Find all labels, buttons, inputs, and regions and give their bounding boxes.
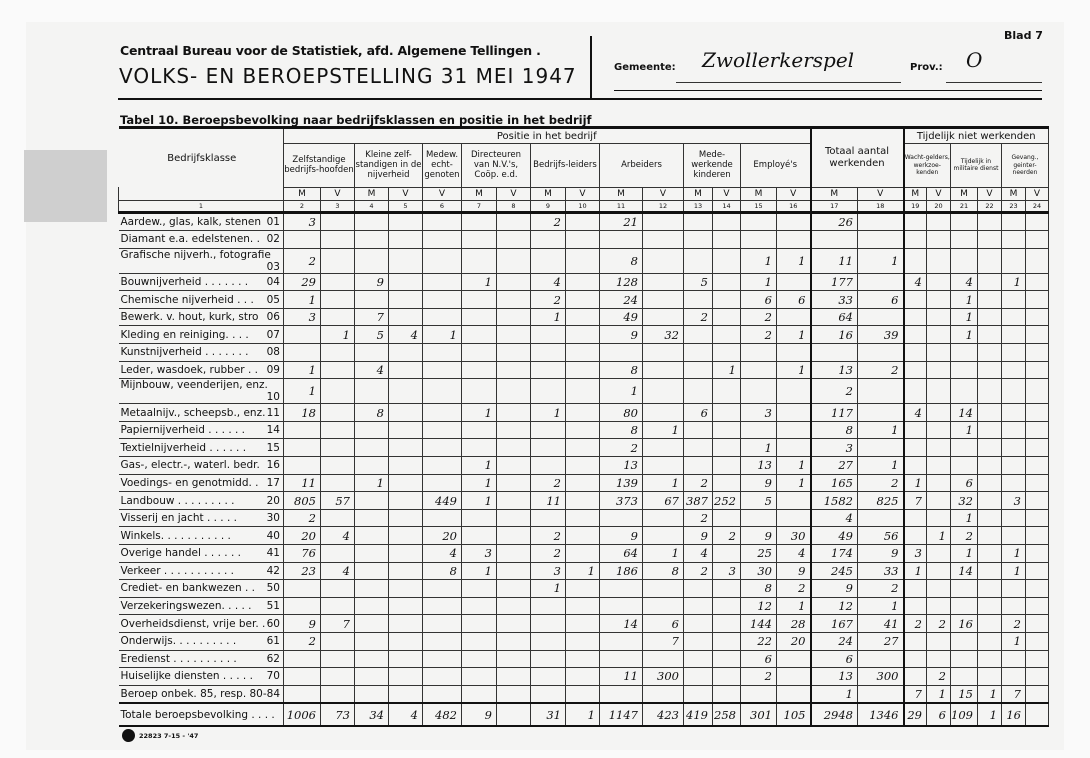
value-cell: 1 (741, 248, 777, 273)
value-cell (1001, 457, 1025, 475)
bedrijfsklasse-cell: Onderwijs. . . . . . . . . .61 (119, 632, 284, 650)
value-cell (497, 580, 531, 598)
value-cell (1001, 344, 1025, 362)
value-cell: 14 (600, 615, 643, 633)
value-cell (951, 344, 978, 362)
value-cell (389, 291, 423, 309)
table-row: Bewerk. v. hout, kurk, stro063714922641 (119, 308, 1049, 326)
value-cell (1025, 580, 1048, 598)
value-cell (531, 248, 566, 273)
value-cell (389, 580, 423, 598)
value-cell (1025, 668, 1048, 686)
value-cell (977, 326, 1001, 344)
value-cell (643, 212, 684, 231)
value-cell (643, 597, 684, 615)
value-cell (927, 291, 951, 309)
row-code: 40 (267, 530, 283, 542)
value-cell: 1 (811, 685, 858, 703)
sex-header: V (927, 187, 951, 200)
value-cell: 1 (284, 361, 321, 379)
value-cell: 3 (1001, 492, 1025, 510)
value-cell: 9 (741, 474, 777, 492)
value-cell (927, 212, 951, 231)
value-cell (977, 492, 1001, 510)
row-label: Winkels. . . . . . . . . . . (121, 530, 231, 542)
value-cell (977, 545, 1001, 563)
column-number: 23 (1001, 200, 1025, 212)
row-code: 30 (267, 512, 283, 524)
row-label: Diamant e.a. edelstenen. . (121, 233, 260, 245)
value-cell (284, 344, 321, 362)
value-cell (713, 615, 741, 633)
value-cell (1025, 439, 1048, 457)
value-cell (927, 248, 951, 273)
value-cell: 6 (811, 650, 858, 668)
value-cell (977, 597, 1001, 615)
value-cell (566, 212, 600, 231)
value-cell (713, 248, 741, 273)
value-cell: 3 (284, 212, 321, 231)
value-cell: 1 (462, 404, 497, 422)
value-cell (462, 580, 497, 598)
value-cell (713, 632, 741, 650)
value-cell: 8 (643, 562, 684, 580)
value-cell (389, 421, 423, 439)
value-cell (566, 580, 600, 598)
value-cell (389, 439, 423, 457)
value-cell: 1 (927, 527, 951, 545)
value-cell: 1 (977, 685, 1001, 703)
total-label: Totale beroepsbevolking . . . . (119, 703, 284, 726)
value-cell: 4 (904, 404, 927, 422)
row-code: 61 (267, 635, 283, 647)
value-cell: 9 (284, 615, 321, 633)
value-cell (462, 344, 497, 362)
value-cell (1001, 650, 1025, 668)
table-row: Landbouw . . . . . . . . .20805574491113… (119, 492, 1049, 510)
row-label: Crediet- en bankwezen . . (121, 582, 255, 594)
value-cell (927, 457, 951, 475)
value-cell: 1 (643, 474, 684, 492)
value-cell (389, 474, 423, 492)
value-cell: 387 (684, 492, 713, 510)
value-cell (355, 457, 389, 475)
value-cell (684, 457, 713, 475)
value-cell: 11 (600, 668, 643, 686)
value-cell (1025, 457, 1048, 475)
value-cell: 1 (531, 580, 566, 598)
value-cell: 3 (811, 439, 858, 457)
total-value-cell: 4 (389, 703, 423, 726)
value-cell (462, 231, 497, 249)
value-cell (1001, 361, 1025, 379)
value-cell: 165 (811, 474, 858, 492)
value-cell (977, 668, 1001, 686)
value-cell (643, 685, 684, 703)
value-cell (1025, 597, 1048, 615)
value-cell (643, 231, 684, 249)
value-cell (1001, 509, 1025, 527)
value-cell (927, 379, 951, 404)
value-cell (497, 291, 531, 309)
total-value-cell: 73 (321, 703, 355, 726)
value-cell (423, 344, 462, 362)
value-cell: 33 (811, 291, 858, 309)
bedrijfsklasse-cell: Visserij en jacht . . . . .30 (119, 509, 284, 527)
value-cell: 12 (811, 597, 858, 615)
table-row: Onderwijs. . . . . . . . . .612722202427… (119, 632, 1049, 650)
value-cell: 57 (321, 492, 355, 510)
bedrijfsklasse-header: Bedrijfsklasse (119, 128, 284, 188)
value-cell: 4 (321, 527, 355, 545)
bedrijfsklasse-cell: Mijnbouw, veenderijen, enz.10 (119, 379, 284, 404)
value-cell: 2 (531, 291, 566, 309)
subgroup-header-9: Wacht-gelders, werkzoe-kenden (904, 144, 951, 187)
value-cell (566, 326, 600, 344)
value-cell (904, 509, 927, 527)
value-cell: 1 (858, 457, 904, 475)
sheet-number: Blad 7 (1004, 29, 1043, 42)
value-cell (566, 421, 600, 439)
value-cell (600, 509, 643, 527)
value-cell: 2 (927, 615, 951, 633)
column-number: 12 (643, 200, 684, 212)
value-cell: 2 (927, 668, 951, 686)
sex-header: M (811, 187, 858, 200)
value-cell (389, 231, 423, 249)
value-cell: 16 (811, 326, 858, 344)
value-cell (904, 344, 927, 362)
bedrijfsklasse-cell: Textielnijverheid . . . . . .15 (119, 439, 284, 457)
value-cell (531, 632, 566, 650)
column-number: 24 (1025, 200, 1048, 212)
bedrijfsklasse-cell: Diamant e.a. edelstenen. .02 (119, 231, 284, 249)
value-cell (643, 344, 684, 362)
value-cell (1001, 212, 1025, 231)
value-cell (321, 650, 355, 668)
value-cell: 49 (600, 308, 643, 326)
value-cell: 6 (777, 291, 811, 309)
value-cell (497, 379, 531, 404)
value-cell (566, 248, 600, 273)
value-cell: 1 (777, 474, 811, 492)
value-cell: 1 (858, 421, 904, 439)
value-cell (462, 248, 497, 273)
value-cell: 2 (684, 562, 713, 580)
value-cell: 1 (423, 326, 462, 344)
value-cell (643, 580, 684, 598)
value-cell (927, 632, 951, 650)
value-cell (462, 291, 497, 309)
row-label: Textielnijverheid . . . . . . (121, 442, 247, 454)
bedrijfsklasse-cell: Kleding en reiniging. . . .07 (119, 326, 284, 344)
value-cell (321, 685, 355, 703)
value-cell: 1 (741, 273, 777, 291)
value-cell: 1 (284, 379, 321, 404)
value-cell (977, 439, 1001, 457)
label-spacer (119, 187, 284, 200)
value-cell (684, 597, 713, 615)
column-number: 19 (904, 200, 927, 212)
value-cell (927, 273, 951, 291)
value-cell (389, 212, 423, 231)
row-code: 05 (267, 294, 283, 306)
value-cell (355, 632, 389, 650)
table-row: Aardew., glas, kalk, stenen01322126 (119, 212, 1049, 231)
value-cell (643, 650, 684, 668)
value-cell (1001, 326, 1025, 344)
row-label: Mijnbouw, veenderijen, enz. (121, 379, 268, 391)
column-number: 13 (684, 200, 713, 212)
value-cell (566, 404, 600, 422)
value-cell (531, 439, 566, 457)
value-cell: 39 (858, 326, 904, 344)
sex-header: M (600, 187, 643, 200)
value-cell (462, 685, 497, 703)
value-cell (1025, 492, 1048, 510)
value-cell (284, 326, 321, 344)
column-number: 15 (741, 200, 777, 212)
value-cell (423, 668, 462, 686)
value-cell: 3 (284, 308, 321, 326)
row-code: 08 (267, 346, 283, 358)
value-cell (643, 379, 684, 404)
value-cell (355, 379, 389, 404)
cbs-logo-icon (122, 729, 135, 742)
sex-header: V (423, 187, 462, 200)
value-cell: 24 (600, 291, 643, 309)
value-cell (497, 344, 531, 362)
value-cell: 4 (904, 273, 927, 291)
value-cell: 373 (600, 492, 643, 510)
value-cell (284, 421, 321, 439)
value-cell (927, 421, 951, 439)
value-cell (355, 597, 389, 615)
table-row: Kunstnijverheid . . . . . . .08 (119, 344, 1049, 362)
value-cell: 9 (600, 326, 643, 344)
total-value-cell: 1147 (600, 703, 643, 726)
value-cell: 1 (1001, 545, 1025, 563)
value-cell (389, 650, 423, 668)
value-cell: 41 (858, 615, 904, 633)
value-cell (1001, 231, 1025, 249)
table-row: Eredienst . . . . . . . . . .6266 (119, 650, 1049, 668)
row-code: 10 (267, 391, 283, 403)
value-cell: 139 (600, 474, 643, 492)
bedrijfsklasse-cell: Papiernijverheid . . . . . .14 (119, 421, 284, 439)
value-cell: 4 (531, 273, 566, 291)
value-cell (977, 404, 1001, 422)
subgroup-header-11: Gevang., geinter-neerden (1001, 144, 1048, 187)
value-cell (777, 421, 811, 439)
value-cell (643, 248, 684, 273)
value-cell: 11 (284, 474, 321, 492)
value-cell (284, 668, 321, 686)
total-value-cell: 6 (927, 703, 951, 726)
column-number: 5 (389, 200, 423, 212)
value-cell (423, 231, 462, 249)
value-cell: 30 (741, 562, 777, 580)
value-cell: 1 (777, 597, 811, 615)
value-cell: 300 (643, 668, 684, 686)
value-cell (643, 273, 684, 291)
row-code: 16 (267, 459, 283, 471)
bedrijfsklasse-cell: Gas-, electr.-, waterl. bedr.16 (119, 457, 284, 475)
value-cell: 8 (600, 421, 643, 439)
value-cell: 1 (951, 421, 978, 439)
value-cell (904, 379, 927, 404)
value-cell: 2 (684, 474, 713, 492)
census-table: BedrijfsklassePositie in het bedrijfTota… (118, 126, 1049, 727)
value-cell: 64 (811, 308, 858, 326)
value-cell (904, 291, 927, 309)
value-cell (389, 308, 423, 326)
sex-header: M (531, 187, 566, 200)
value-cell (977, 361, 1001, 379)
value-cell (423, 597, 462, 615)
value-cell (741, 509, 777, 527)
value-cell: 4 (777, 545, 811, 563)
value-cell: 2 (811, 379, 858, 404)
row-label: Bouwnijverheid . . . . . . . (121, 276, 249, 288)
subgroup-header-3: Directeuren van N.V.'s, Coöp. e.d. (462, 144, 531, 187)
total-value-cell: 1006 (284, 703, 321, 726)
value-cell: 825 (858, 492, 904, 510)
row-code: 11 (267, 407, 283, 419)
value-cell: 1 (462, 492, 497, 510)
value-cell (858, 685, 904, 703)
value-cell (643, 308, 684, 326)
value-cell (389, 361, 423, 379)
value-cell (531, 421, 566, 439)
value-cell (713, 308, 741, 326)
positie-group-header: Positie in het bedrijf (284, 128, 811, 144)
value-cell (684, 580, 713, 598)
value-cell (777, 212, 811, 231)
sex-header: M (904, 187, 927, 200)
table-row: Diamant e.a. edelstenen. .02 (119, 231, 1049, 249)
value-cell: 8 (355, 404, 389, 422)
value-cell: 177 (811, 273, 858, 291)
value-cell (977, 308, 1001, 326)
value-cell: 13 (741, 457, 777, 475)
value-cell: 2 (531, 474, 566, 492)
value-cell: 24 (811, 632, 858, 650)
table-row: Chemische nijverheid . . .051224663361 (119, 291, 1049, 309)
value-cell: 4 (811, 509, 858, 527)
value-cell: 2 (858, 474, 904, 492)
value-cell (531, 615, 566, 633)
value-cell (389, 632, 423, 650)
value-cell (951, 580, 978, 598)
value-cell: 5 (684, 273, 713, 291)
value-cell (951, 379, 978, 404)
value-cell (566, 615, 600, 633)
value-cell: 1 (531, 404, 566, 422)
value-cell: 5 (355, 326, 389, 344)
value-cell (462, 527, 497, 545)
value-cell (1001, 379, 1025, 404)
value-cell (566, 527, 600, 545)
bedrijfsklasse-cell: Aardew., glas, kalk, stenen01 (119, 212, 284, 231)
form-title: VOLKS- EN BEROEPSTELLING 31 MEI 1947 (119, 64, 577, 88)
value-cell: 1 (713, 361, 741, 379)
value-cell (321, 632, 355, 650)
value-cell (497, 545, 531, 563)
bedrijfsklasse-cell: Metaalnijv., scheepsb., enz.11 (119, 404, 284, 422)
value-cell (643, 291, 684, 309)
value-cell (355, 545, 389, 563)
table-row: Leder, wasdoek, rubber . .0914811132 (119, 361, 1049, 379)
row-code: 07 (267, 329, 283, 341)
value-cell: 9 (811, 580, 858, 598)
value-cell: 2 (531, 545, 566, 563)
value-cell: 32 (643, 326, 684, 344)
value-cell (531, 597, 566, 615)
value-cell: 3 (531, 562, 566, 580)
value-cell (1001, 439, 1025, 457)
header-divider (590, 36, 592, 99)
value-cell (713, 326, 741, 344)
value-cell (462, 632, 497, 650)
value-cell (321, 379, 355, 404)
value-cell: 3 (462, 545, 497, 563)
print-footer: 22823 7-15 - '47 (122, 729, 198, 742)
bedrijfsklasse-cell: Bewerk. v. hout, kurk, stro06 (119, 308, 284, 326)
value-cell: 1 (566, 562, 600, 580)
value-cell: 14 (951, 404, 978, 422)
value-cell (600, 344, 643, 362)
value-cell: 1 (355, 474, 389, 492)
subgroup-header-0: Zelfstandige bedrijfs-hoofden (284, 144, 355, 187)
value-cell: 1 (904, 562, 927, 580)
value-cell: 22 (741, 632, 777, 650)
value-cell: 2 (284, 632, 321, 650)
value-cell (531, 509, 566, 527)
value-cell: 11 (811, 248, 858, 273)
value-cell (777, 509, 811, 527)
value-cell (1025, 404, 1048, 422)
value-cell: 2 (741, 308, 777, 326)
column-number: 18 (858, 200, 904, 212)
value-cell (1025, 685, 1048, 703)
value-cell (497, 308, 531, 326)
bedrijfsklasse-cell: Winkels. . . . . . . . . . .40 (119, 527, 284, 545)
value-cell: 7 (904, 685, 927, 703)
value-cell (713, 580, 741, 598)
row-code: 04 (267, 276, 283, 288)
value-cell: 4 (951, 273, 978, 291)
subgroup-header-5: Arbeiders (600, 144, 684, 187)
value-cell (1025, 273, 1048, 291)
value-cell: 8 (423, 562, 462, 580)
value-cell (951, 248, 978, 273)
total-value-cell: 1 (566, 703, 600, 726)
value-cell: 7 (321, 615, 355, 633)
value-cell: 1 (927, 685, 951, 703)
value-cell (777, 404, 811, 422)
value-cell (1001, 668, 1025, 686)
value-cell (321, 291, 355, 309)
value-cell (777, 344, 811, 362)
value-cell (1001, 308, 1025, 326)
value-cell: 2 (684, 308, 713, 326)
value-cell (927, 545, 951, 563)
value-cell: 144 (741, 615, 777, 633)
total-row: Totale beroepsbevolking . . . .100673344… (119, 703, 1049, 726)
bedrijfsklasse-cell: Landbouw . . . . . . . . .20 (119, 492, 284, 510)
value-cell: 16 (951, 615, 978, 633)
